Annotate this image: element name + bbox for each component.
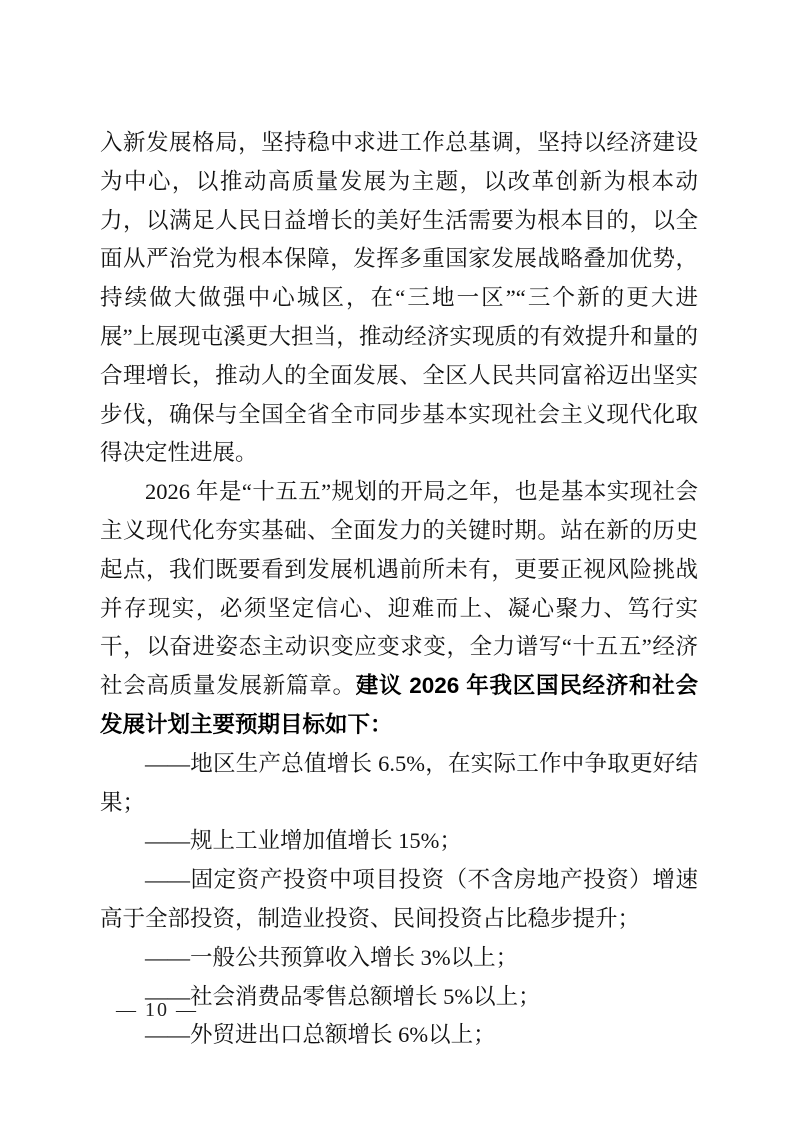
page-number: — 10 — (116, 999, 198, 1022)
document-body: 入新发展格局，坚持稳中求进工作总基调，坚持以经济建设为中心，以推动高质量发展为主… (100, 124, 698, 1055)
goal-item-fixed-asset-investment: ——固定资产投资中项目投资（不含房地产投资）增速高于全部投资，制造业投资、民间投… (100, 861, 698, 939)
goal-item-gdp: ——地区生产总值增长 6.5%，在实际工作中争取更好结果； (100, 745, 698, 823)
goal-item-public-budget-revenue: ——一般公共预算收入增长 3%以上； (100, 939, 698, 978)
paragraph-outlook-text: 2026 年是“十五五”规划的开局之年，也是基本实现社会主义现代化夯实基础、全面… (100, 479, 698, 698)
paragraph-outlook: 2026 年是“十五五”规划的开局之年，也是基本实现社会主义现代化夯实基础、全面… (100, 473, 698, 745)
goal-item-foreign-trade: ——外贸进出口总额增长 6%以上； (100, 1016, 698, 1055)
document-page: 入新发展格局，坚持稳中求进工作总基调，坚持以经济建设为中心，以推动高质量发展为主… (0, 0, 793, 1122)
paragraph-continuation: 入新发展格局，坚持稳中求进工作总基调，坚持以经济建设为中心，以推动高质量发展为主… (100, 124, 698, 473)
goal-item-industrial-added-value: ——规上工业增加值增长 15%； (100, 822, 698, 861)
